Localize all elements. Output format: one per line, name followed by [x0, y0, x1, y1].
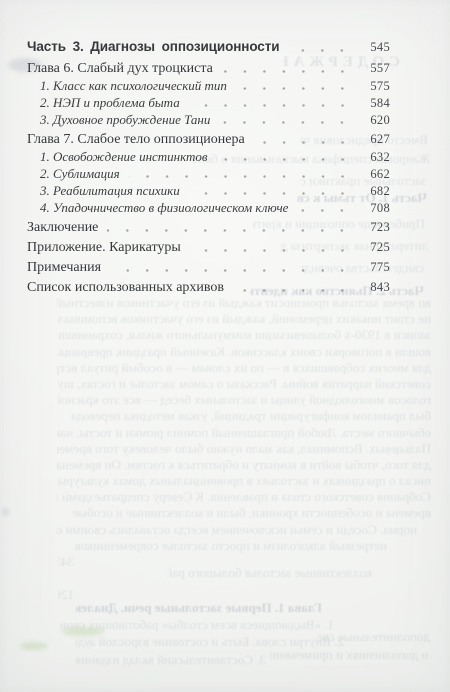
dot-leader-icon	[190, 238, 354, 256]
bleedthrough-text: 345	[58, 554, 74, 569]
toc-entry: 3. Духовное пробуждение Тани620	[27, 111, 390, 128]
dot-leader-icon	[189, 182, 354, 199]
bleedthrough-text: обычного места. Любой приглашенный помни…	[57, 425, 431, 441]
bleedthrough-text: во время застолья произносит каждый из е…	[57, 295, 431, 311]
toc-entry-label: 2. Сублимация	[40, 165, 120, 182]
toc-entry-label: Глава 6. Слабый дух троцкиста	[27, 60, 213, 78]
dot-leader-icon	[129, 165, 354, 182]
bleedthrough-text: записи в 1930-х большевизации коммунальн…	[57, 327, 431, 343]
toc-entry: Часть 3. Диагнозы оппозиционности545	[27, 37, 390, 56]
bleedthrough-text: не стоит никаких церемоний, каждый из ег…	[57, 311, 431, 327]
toc-entry: 4. Упадочничество в физиологическом ключ…	[27, 199, 390, 216]
toc-entry-label: Приложение. Карикатуры	[27, 239, 181, 257]
bleedthrough-text: о дополнениях и примечаниях к главе	[270, 647, 428, 662]
bleedthrough-text: времена и особенности хроники, были и ко…	[57, 505, 431, 521]
toc-entry: Список использованных архивов843	[27, 278, 390, 296]
ink-smudge	[62, 627, 104, 636]
dot-leader-icon	[297, 199, 354, 216]
toc-entry-label: 2. НЭП и проблема быта	[40, 94, 180, 111]
bleedthrough-text: нетрезвый алкоголизм и просто застолье с…	[57, 538, 387, 554]
toc-entry: 3. Реабилитация психики682	[27, 182, 390, 199]
toc-entry-page-number: 723	[360, 218, 390, 236]
bleedthrough-text: норма. Соседи и семьи исключением всегда…	[57, 522, 417, 538]
toc-entry-page-number: 620	[360, 112, 390, 129]
toc-entry: Глава 6. Слабый дух троцкиста557	[27, 59, 390, 77]
toc-entry: Примечания775	[27, 258, 390, 276]
toc-entry-page-number: 575	[360, 78, 390, 95]
toc-entry-page-number: 708	[360, 200, 390, 217]
bleedthrough-text: 1. «Выдающиеся всем столбы» работающих с…	[60, 617, 334, 632]
bleedthrough-text: для многих собравшихся в — по их словам …	[57, 360, 431, 376]
dot-leader-icon	[236, 77, 354, 94]
toc-entry-page-number: 584	[360, 95, 390, 112]
toc-entry-label: Заключение	[27, 219, 98, 237]
dot-leader-icon	[219, 111, 354, 128]
bleedthrough-text: Глава 1. Первые застольные речи. Диалект…	[76, 600, 322, 615]
toc-entry: 1. Класс как психологический тип575	[27, 77, 390, 94]
toc-entry-page-number: 545	[360, 38, 390, 57]
bleedthrough-text: голосов многолюдной улицы и застольных б…	[57, 392, 431, 408]
toc-entry-page-number: 627	[360, 130, 390, 148]
dot-leader-icon	[107, 218, 354, 236]
bleedthrough-text: писал о праздниках и застольях в провинц…	[57, 473, 431, 489]
bleedthrough-text: дополнительные сведения тех лет	[318, 629, 430, 644]
bleedthrough-text: Собрания советского стола и правления. К…	[57, 489, 431, 505]
toc-entry-label: 4. Упадочничество в физиологическом ключ…	[40, 199, 288, 216]
toc-entry-page-number: 662	[360, 166, 390, 183]
ink-smudge	[20, 642, 48, 650]
dot-leader-icon	[217, 148, 354, 165]
dot-leader-icon	[288, 37, 354, 56]
bleedthrough-text: для того, чтобы войти в комнату и обрати…	[57, 457, 431, 473]
book-page-photo: { "toc": { "entries": [ {"type":"part", …	[0, 0, 450, 692]
bleedthrough-text: 126	[58, 587, 74, 602]
toc-entry-page-number: 682	[360, 183, 390, 200]
toc-entry-label: 1. Класс как психологический тип	[40, 77, 227, 94]
dot-leader-icon	[189, 94, 354, 111]
bleedthrough-text: 2. Внутри слова. Быть и состояние взросл…	[76, 634, 344, 649]
bleedthrough-text: 3. Составительский вклад издания	[76, 652, 266, 667]
dot-leader-icon	[222, 59, 354, 77]
toc-entry-page-number: 843	[360, 278, 390, 296]
toc-entry-page-number: 725	[360, 238, 390, 256]
toc-entry-label: Глава 7. Слабое тело оппозиционера	[27, 131, 245, 149]
toc-entry: 2. НЭП и проблема быта584	[27, 94, 390, 111]
toc-entry-page-number: 557	[360, 59, 390, 77]
toc-entry: Приложение. Карикатуры725	[27, 238, 390, 256]
bleedthrough-text: был правилом конфигурации традиций, узка…	[57, 408, 431, 424]
bleedthrough-paragraph: во время застолья произносит каждый из е…	[57, 295, 431, 554]
toc-entry-label: 1. Освобождение инстинктов	[40, 148, 208, 165]
toc-entry-label: 3. Реабилитация психики	[40, 182, 180, 199]
toc-entry-label: Список использованных архивов	[27, 279, 224, 297]
paper-page: СОДЕРЖАНИЕВместо предисловия читателюЖан…	[0, 0, 450, 692]
toc-entry-page-number: 775	[360, 258, 390, 276]
dot-leader-icon	[233, 278, 354, 296]
toc-entry: 1. Освобождение инстинктов632	[27, 148, 390, 165]
toc-entry-label: Часть 3. Диагнозы оппозиционности	[27, 37, 279, 56]
toc-entry-page-number: 632	[360, 149, 390, 166]
bleedthrough-text: коллективные застолья большого районного…	[168, 565, 372, 580]
bleedthrough-text: вошли в поговорки своих классиков. Казен…	[57, 344, 431, 360]
paper-smudge	[2, 508, 9, 516]
toc-entry: Глава 7. Слабое тело оппозиционера627	[27, 130, 390, 148]
table-of-contents: Часть 3. Диагнозы оппозиционности545Глав…	[0, 0, 450, 296]
toc-entry-label: Примечания	[27, 259, 101, 277]
bleedthrough-text: Пальцевых. Вспоминал, как мало нужно был…	[57, 441, 431, 457]
dot-leader-icon	[110, 258, 354, 276]
toc-entry: 2. Сублимация662	[27, 165, 390, 182]
bleedthrough-text: советский нарратив войны. Рассказы о сам…	[57, 376, 431, 392]
toc-entry: Заключение723	[27, 218, 390, 236]
dot-leader-icon	[254, 130, 354, 148]
toc-entry-label: 3. Духовное пробуждение Тани	[40, 111, 210, 128]
